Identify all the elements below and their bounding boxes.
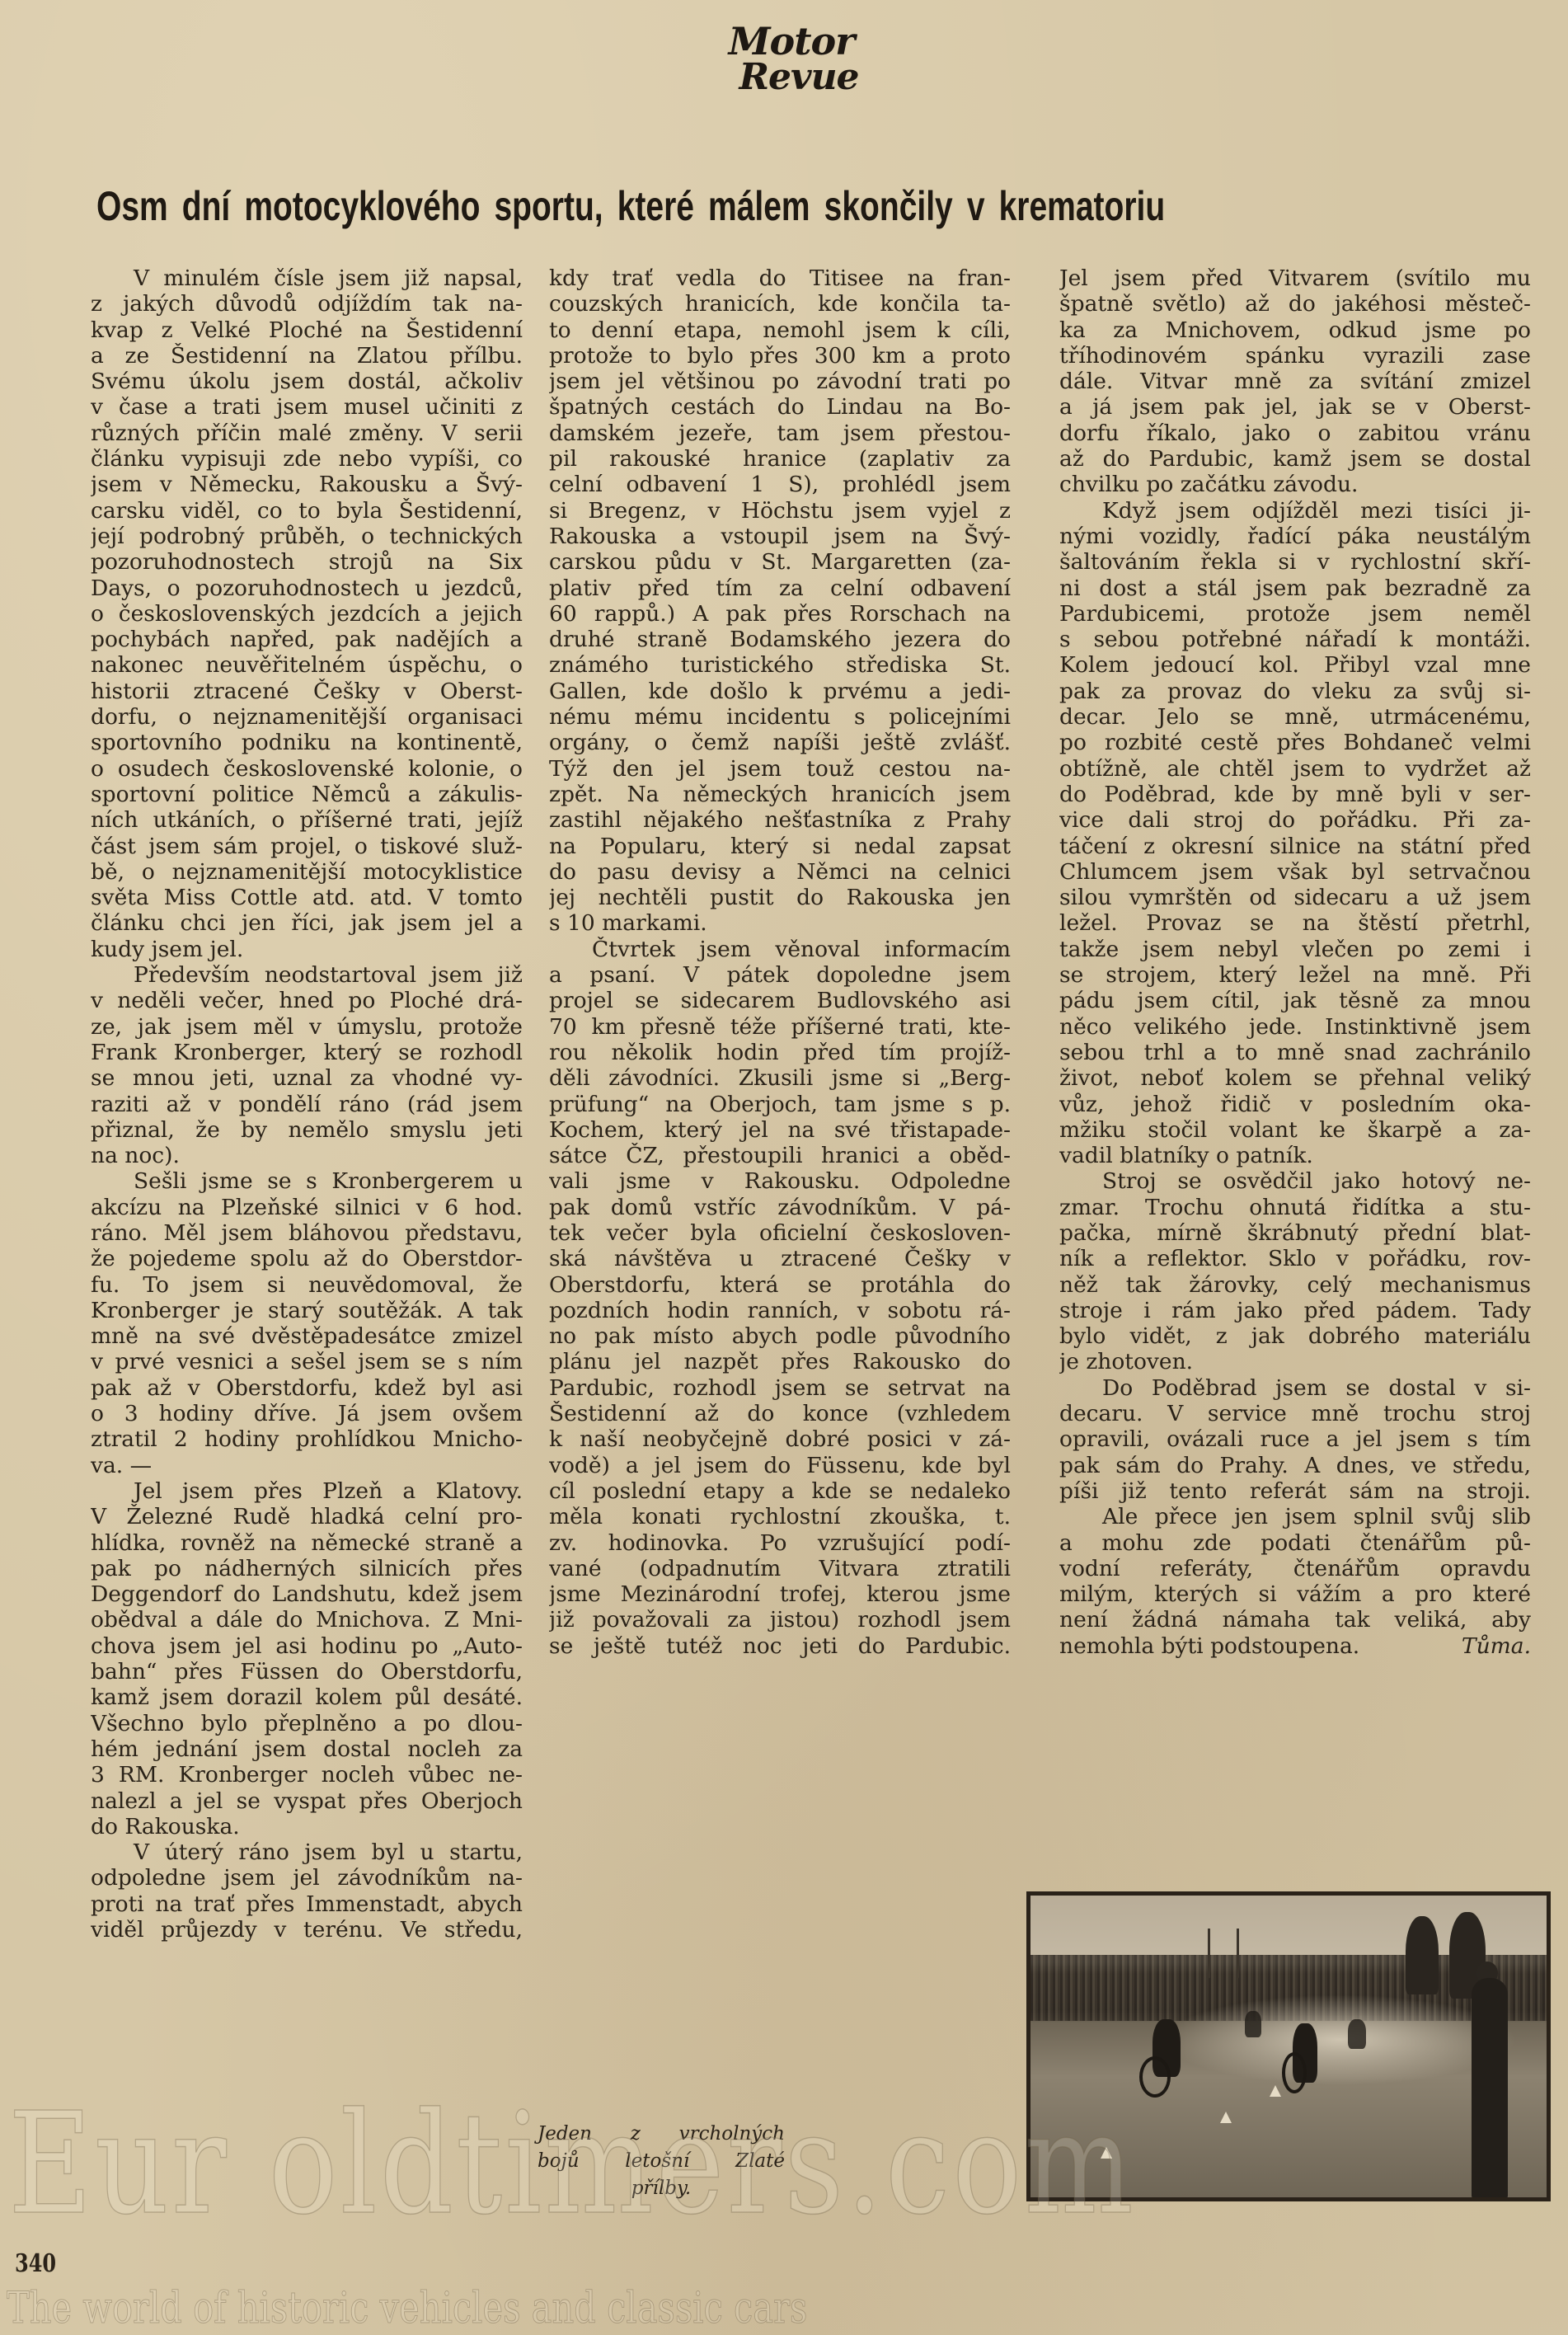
article-text-line: hém jednání jsem dostal nocleh za [91,1736,523,1762]
article-text-line: po rozbité cestě přes Bohdaneč velmi [1059,730,1531,755]
article-text-line: část jsem sám projel, o tiskové služ- [91,834,523,859]
article-text-line: celní odbavení 1 S), prohlédl jsem [549,472,1011,497]
article-text-line: přiznal, že by nemělo smyslu jeti [91,1117,523,1143]
article-text-line: nými vozidly, řadící páka neustálým [1059,524,1531,549]
article-text-line: akcízu na Plzeňské silnici v 6 hod. [91,1195,523,1220]
article-text-line: jsem v Německu, Rakousku a Švý- [91,472,523,497]
article-text-line: s 10 markami. [549,910,1011,936]
watermark-tagline: The world of historic vehicles and class… [7,2286,807,2332]
article-text-line: to denní etapa, nemohl jsem k cíli, [549,317,1011,343]
article-text-line: pak za provaz do vleku za svůj si- [1059,679,1531,704]
article-text-line: pochybách napřed, pak nadějích a [91,627,523,652]
article-text-line: ních utkáních, o příšerné trati, jejíž [91,807,523,833]
article-text-line: vodě) a jel jsem do Füssenu, kde byl [549,1453,1011,1478]
article-text-line: Do Poděbrad jsem se dostal v si- [1059,1375,1531,1401]
article-text-line: dorfu říkalo, jako o zabitou vránu [1059,420,1531,446]
article-text-line: Kronberger je starý soutěžák. A tak [91,1298,523,1323]
article-text-line: V minulém čísle jsem již napsal, [91,265,523,291]
article-text-line: její podrobný průběh, o technických [91,524,523,549]
article-text-line: vadil blatníky o patník. [1059,1143,1531,1168]
article-text-line: no pak místo abych podle původního [549,1323,1011,1349]
article-text-line: s sebou potřebné nářadí k montáži. [1059,627,1531,652]
article-text-line: a mohu zde podati čtenářům pů- [1059,1530,1531,1556]
photo-pole [1208,1929,1210,1978]
article-text-line: Sešli jsme se s Kronbergerem u [91,1168,523,1194]
article-text-line: mžiku stočil volant ke škarpě a za- [1059,1117,1531,1143]
article-column-1: V minulém čísle jsem již napsal,z jakých… [91,265,523,1943]
article-text-line: ráno. Měl jsem bláhovou představu, [91,1220,523,1246]
article-text-line: Chlumcem jsem však byl setrvačnou [1059,859,1531,885]
article-text-line: jsme Mezinárodní trofej, kterou jsme [549,1581,1011,1607]
masthead-line-motor: Motor [692,23,890,59]
photo-course-flag [1220,2112,1232,2123]
article-text-line: pak sám do Prahy. A dnes, ve středu, [1059,1453,1531,1478]
article-text-line: v čase a trati jsem musel učiniti z [91,394,523,420]
article-text-line: protože to bylo přes 300 km a proto [549,343,1011,369]
article-text-line: Pardubicemi, protože jsem neměl [1059,601,1531,627]
article-text-line: obtížně, ale chtěl jsem to vydržet až [1059,756,1531,782]
article-text-line: že pojedeme spolu až do Oberstdor- [91,1246,523,1271]
article-text-line: bylo vidět, z jak dobrého materiálu [1059,1323,1531,1349]
article-text-line: jej nechtěli pustit do Rakouska jen [549,885,1011,910]
photo-wheel [1282,2052,1307,2093]
article-text-line: stroje i rám jako před pádem. Tady [1059,1298,1531,1323]
article-text-line: světa Miss Cottle atd. atd. V tomto [91,885,523,910]
article-text-line: pil rakouské hranice (zaplativ za [549,446,1011,472]
article-text-line: Týž den jel jsem touž cestou na- [549,756,1011,782]
article-text-line: se ještě tutéž noc jeti do Pardubic. [549,1633,1011,1659]
article-text-line: proti na trať přes Immenstadt, abych [91,1891,523,1917]
article-text-line: damském jezeře, tam jsem přestou- [549,420,1011,446]
article-text-line: kudy jsem jel. [91,937,523,962]
article-text-line: Všechno bylo přeplněno a po dlou- [91,1711,523,1736]
article-text-line: si Bregenz, v Höchstu jsem vyjel z [549,498,1011,524]
page-number: 340 [15,2249,56,2278]
article-text-line: o osudech československé kolonie, o [91,756,523,782]
article-text-line: jsem jel většinou po závodní trati po [549,369,1011,394]
article-text-line: sátce ČZ, přestoupili hranici a oběd- [549,1143,1011,1168]
article-text-line: prüfung“ na Oberjoch, tam jsme s p. [549,1092,1011,1117]
photo-official [1472,1978,1508,2199]
caption-line-3: přílby. [538,2175,785,2202]
article-text-line: rou několik hodin před tím projíž- [549,1040,1011,1065]
article-text-line: Pardubic, rozhodl jsem se setrvat na [549,1375,1011,1401]
photo-pole [1237,1929,1239,1978]
article-text-line: nemohla býti podstoupena.Tůma. [1059,1633,1531,1659]
article-text-line: tek večer byla oficielní českosloven- [549,1220,1011,1246]
motorcycle-race-photo [1026,1891,1551,2201]
article-text-line: a psaní. V pátek dopoledne jsem [549,962,1011,988]
article-text-line: chvilku po začátku závodu. [1059,472,1531,497]
caption-line-2: bojů letošní Zlaté [538,2148,785,2175]
article-text-line: Days, o pozoruhodnostech u jezdců, [91,576,523,601]
article-text-line: vané (odpadnutím Vitvara ztratili [549,1556,1011,1581]
article-text-line: píši již tento referát sám na stroji. [1059,1478,1531,1504]
article-text-line: V Železné Rudě hladká celní pro- [91,1504,523,1529]
article-text-line: se mnou jeti, uznal za vhodné vy- [91,1065,523,1091]
article-text-line: špatných cestách do Lindau na Bo- [549,394,1011,420]
article-text-line: do pasu devisy a Němci na celnici [549,859,1011,885]
article-text-line: Stroj se osvědčil jako hotový ne- [1059,1168,1531,1194]
article-text-line: nakonec neuvěřitelném úspěchu, o [91,652,523,678]
article-text-line: pádu jsem cítil, jak těsně za mnou [1059,988,1531,1013]
article-text-line: dorfu, o nejznamenitější organisaci [91,704,523,730]
article-text-line: druhé straně Bodamského jezera do [549,627,1011,652]
article-text-line: pak domů vstříc závodníkům. V pá- [549,1195,1011,1220]
article-text-line: vali jsme v Rakousku. Odpoledne [549,1168,1011,1194]
article-text-line: decaru. V service mně trochu stroj [1059,1401,1531,1426]
article-text-line: z jakých důvodů odjíždím tak na- [91,291,523,317]
article-text-line: ni dost a stál jsem pak bezradně za [1059,576,1531,601]
photo-course-flag [1101,2147,1112,2159]
article-text-line: chova jsem jel asi hodinu po „Auto- [91,1633,523,1659]
article-text-line: Jel jsem před Vitvarem (svítilo mu [1059,265,1531,291]
article-text-line: na noc). [91,1143,523,1168]
article-text-line: článku chci jen říci, jak jsem jel a [91,910,523,936]
author-signature: Tůma. [1462,1633,1531,1659]
photo-caption: Jeden z vrcholných bojů letošní Zlaté př… [538,2121,785,2202]
article-text-line: Především neodstartoval jsem již [91,962,523,988]
article-text-line: cíl poslední etapy a kde se nedaleko [549,1478,1011,1504]
article-text-line: sportovní politice Němců a zákulis- [91,782,523,807]
article-text-line: tříhodinovém spánku vyrazili zase [1059,343,1531,369]
article-text-line: pak po nádherných silnicích přes [91,1556,523,1581]
article-text-line: carskou půdu v St. Margaretten (za- [549,549,1011,575]
article-text-line: v prvé vesnici a sešel jsem se s ním [91,1349,523,1374]
article-text-line: silou vymrštěn od sidecaru a už jsem [1059,885,1531,910]
article-text-line: sebou trhl a to mně snad zachránilo [1059,1040,1531,1065]
photo-rider [1348,2019,1366,2049]
article-text-line: je zhotoven. [1059,1349,1531,1374]
article-text-line: a ze Šestidenní na Zlatou přílbu. [91,343,523,369]
article-text-line: historii ztracené Češky v Oberst- [91,679,523,704]
article-text-line: Frank Kronberger, který se rozhodl [91,1040,523,1065]
photo-tree [1406,1916,1439,1994]
article-text-line: různých příčin malé změny. V serii [91,420,523,446]
article-text-line: sportovního podniku na kontinentě, [91,730,523,755]
article-text-line: článku vypisuji zde nebo vypíši, co [91,446,523,472]
article-text-line: ležel. Provaz se na štěstí přetrhl, [1059,910,1531,936]
article-text-line: raziti až v pondělí ráno (rád jsem [91,1092,523,1117]
article-text-line: pozdních hodin ranních, v sobotu rá- [549,1298,1011,1323]
article-text-line: ze, jak jsem měl v úmyslu, protože [91,1014,523,1040]
article-text-line: orgány, o čemž napíši ještě zvlášť. [549,730,1011,755]
article-text-line: zastihl nějakého nešťastníka z Prahy [549,807,1011,833]
article-column-3: Jel jsem před Vitvarem (svítilo mušpatně… [1059,265,1531,1659]
article-text-line: k naší neobyčejně dobré posici v zá- [549,1426,1011,1452]
article-text-line: není žádná námaha tak veliká, aby [1059,1607,1531,1633]
article-text-line: Svému úkolu jsem dostál, ačkoliv [91,369,523,394]
article-text-line: Deggendorf do Landshutu, kdež jsem [91,1581,523,1607]
article-text-line: vodní referáty, čtenářům opravdu [1059,1556,1531,1581]
article-text-line: odpoledne jsem jel závodníkům na- [91,1865,523,1891]
article-text-line: V úterý ráno jsem byl u startu, [91,1839,523,1865]
article-text-line: vice dali stroj do pořádku. Při za- [1059,807,1531,833]
article-text-line: opravili, ovázali ruce a jel jsem s tím [1059,1426,1531,1452]
article-text-fragment: nemohla býti podstoupena. [1059,1633,1359,1659]
article-text-line: se strojem, který ležel na mně. Při [1059,962,1531,988]
article-text-line: milým, kterých si vážím a pro které [1059,1581,1531,1607]
article-text-line: Ale přece jen jsem splnil svůj slib [1059,1504,1531,1529]
article-text-line: nému mému incidentu s policejními [549,704,1011,730]
article-text-line: bě, o nejznamenitější motocyklistice [91,859,523,885]
article-text-line: pak až v Oberstdorfu, kdež byl asi [91,1375,523,1401]
article-text-line: již považovali za jistou) rozhodl jsem [549,1607,1011,1633]
article-text-line: projel se sidecarem Budlovského asi [549,988,1011,1013]
article-text-line: něco velikého jede. Instinktivně jsem [1059,1014,1531,1040]
article-text-line: Rakouska a vstoupil jsem na Švý- [549,524,1011,549]
article-text-line: ník a reflektor. Sklo v pořádku, rov- [1059,1246,1531,1271]
article-text-line: va. — [91,1453,523,1478]
article-text-line: zmar. Trochu ohnutá řidítka a stu- [1059,1195,1531,1220]
article-text-line: plativ před tím za celní odbavení [549,576,1011,601]
article-text-line: Čtvrtek jsem věnoval informacím [549,937,1011,962]
article-text-line: ka za Mnichovem, odkud jsme po [1059,317,1531,343]
article-text-line: mně na své dvěstěpadesátce zmizel [91,1323,523,1349]
article-text-line: Kochem, který jel na své třistapade- [549,1117,1011,1143]
article-column-2: kdy trať vedla do Titisee na fran-couzsk… [549,265,1011,1659]
article-text-line: Když jsem odjížděl mezi tisíci ji- [1059,498,1531,524]
article-text-line: fu. To jsem si neuvědomoval, že [91,1272,523,1298]
article-text-line: pačka, mírně škrábnutý přední blat- [1059,1220,1531,1246]
article-text-line: zv. hodinovka. Po vzrušující podí- [549,1530,1011,1556]
article-text-line: o československých jezdcích a jejich [91,601,523,627]
photo-wheel [1139,2056,1171,2098]
article-text-line: špatně světlo) až do jakéhosi městeč- [1059,291,1531,317]
article-text-line: ská návštěva u ztracené Češky v [549,1246,1011,1271]
article-text-line: kamž jsem dorazil kolem půl desáté. [91,1684,523,1710]
article-text-line: až do Pardubic, kamž jsem se dostal [1059,446,1531,472]
caption-line-1: Jeden z vrcholných [538,2121,785,2148]
article-text-line: plánu jel nazpět přes Rakousko do [549,1349,1011,1374]
photo-course-flag [1270,2085,1281,2097]
article-text-line: couzských hranicích, kde končila ta- [549,291,1011,317]
article-text-line: měla konati rychlostní zkouška, t. [549,1504,1011,1529]
article-text-line: decar. Jelo se mně, utrmácenému, [1059,704,1531,730]
article-text-line: do Poděbrad, kde by mně byli v ser- [1059,782,1531,807]
article-text-line: kdy trať vedla do Titisee na fran- [549,265,1011,291]
article-text-line: bahn“ přes Füssen do Oberstdorfu, [91,1659,523,1684]
article-text-line: o 3 hodiny dříve. Já jsem ovšem [91,1401,523,1426]
article-text-line: Kolem jedoucí kol. Přibyl vzal mne [1059,652,1531,678]
article-text-line: kvap z Velké Ploché na Šestidenní [91,317,523,343]
article-text-line: dále. Vitvar mně za svítání zmizel [1059,369,1531,394]
article-text-line: táčení z okresní silnice na státní před [1059,834,1531,859]
article-text-line: pozoruhodnostech strojů na Six [91,549,523,575]
photo-rider [1245,2011,1261,2037]
article-text-line: něž tak žárovky, celý mechanismus [1059,1272,1531,1298]
photo-dust-cloud [1162,1994,1517,2085]
article-text-line: známého turistického střediska St. [549,652,1011,678]
article-text-line: na Popularu, který si nedal zapsat [549,834,1011,859]
article-text-line: obědval a dále do Mnichova. Z Mni- [91,1607,523,1633]
article-text-line: takže jsem nebyl vlečen po zemi i [1059,937,1531,962]
article-text-line: Jel jsem přes Plzeň a Klatovy. [91,1478,523,1504]
article-text-line: vůz, jehož řidič v posledním oka- [1059,1092,1531,1117]
article-text-line: do Rakouska. [91,1814,523,1839]
article-text-line: carsku viděl, co to byla Šestidenní, [91,498,523,524]
article-text-line: děli závodníci. Zkusili jsme si „Berg- [549,1065,1011,1091]
article-text-line: život, neboť kolem se přehnal veliký [1059,1065,1531,1091]
article-text-line: šaltováním řekla si v rychlostní skří- [1059,549,1531,575]
article-text-line: Gallen, kde došlo k prvému a jedi- [549,679,1011,704]
article-text-line: nalezl a jel se vyspat přes Oberjoch [91,1788,523,1814]
article-text-line: zpět. Na německých hranicích jsem [549,782,1011,807]
article-headline: Osm dní motocyklového sportu, které mále… [96,181,1176,231]
article-text-line: v neděli večer, hned po Ploché drá- [91,988,523,1013]
article-text-line: hlídka, rovněž na německé straně a [91,1530,523,1556]
article-text-line: ztratil 2 hodiny prohlídkou Mnicho- [91,1426,523,1452]
article-text-line: a já jsem pak jel, jak se v Oberst- [1059,394,1531,420]
article-text-line: 3 RM. Kronberger nocleh vůbec ne- [91,1762,523,1788]
article-text-line: Oberstdorfu, která se protáhla do [549,1272,1011,1298]
article-text-line: 60 rappů.) A pak přes Rorschach na [549,601,1011,627]
article-text-line: viděl průjezdy v terénu. Ve středu, [91,1917,523,1943]
article-text-line: 70 km přesně téže příšerné trati, kte- [549,1014,1011,1040]
masthead-line-revue: Revue [707,59,890,96]
article-text-line: Šestidenní až do konce (vzhledem [549,1401,1011,1426]
magazine-masthead-logo: Motor Revue [692,23,890,106]
